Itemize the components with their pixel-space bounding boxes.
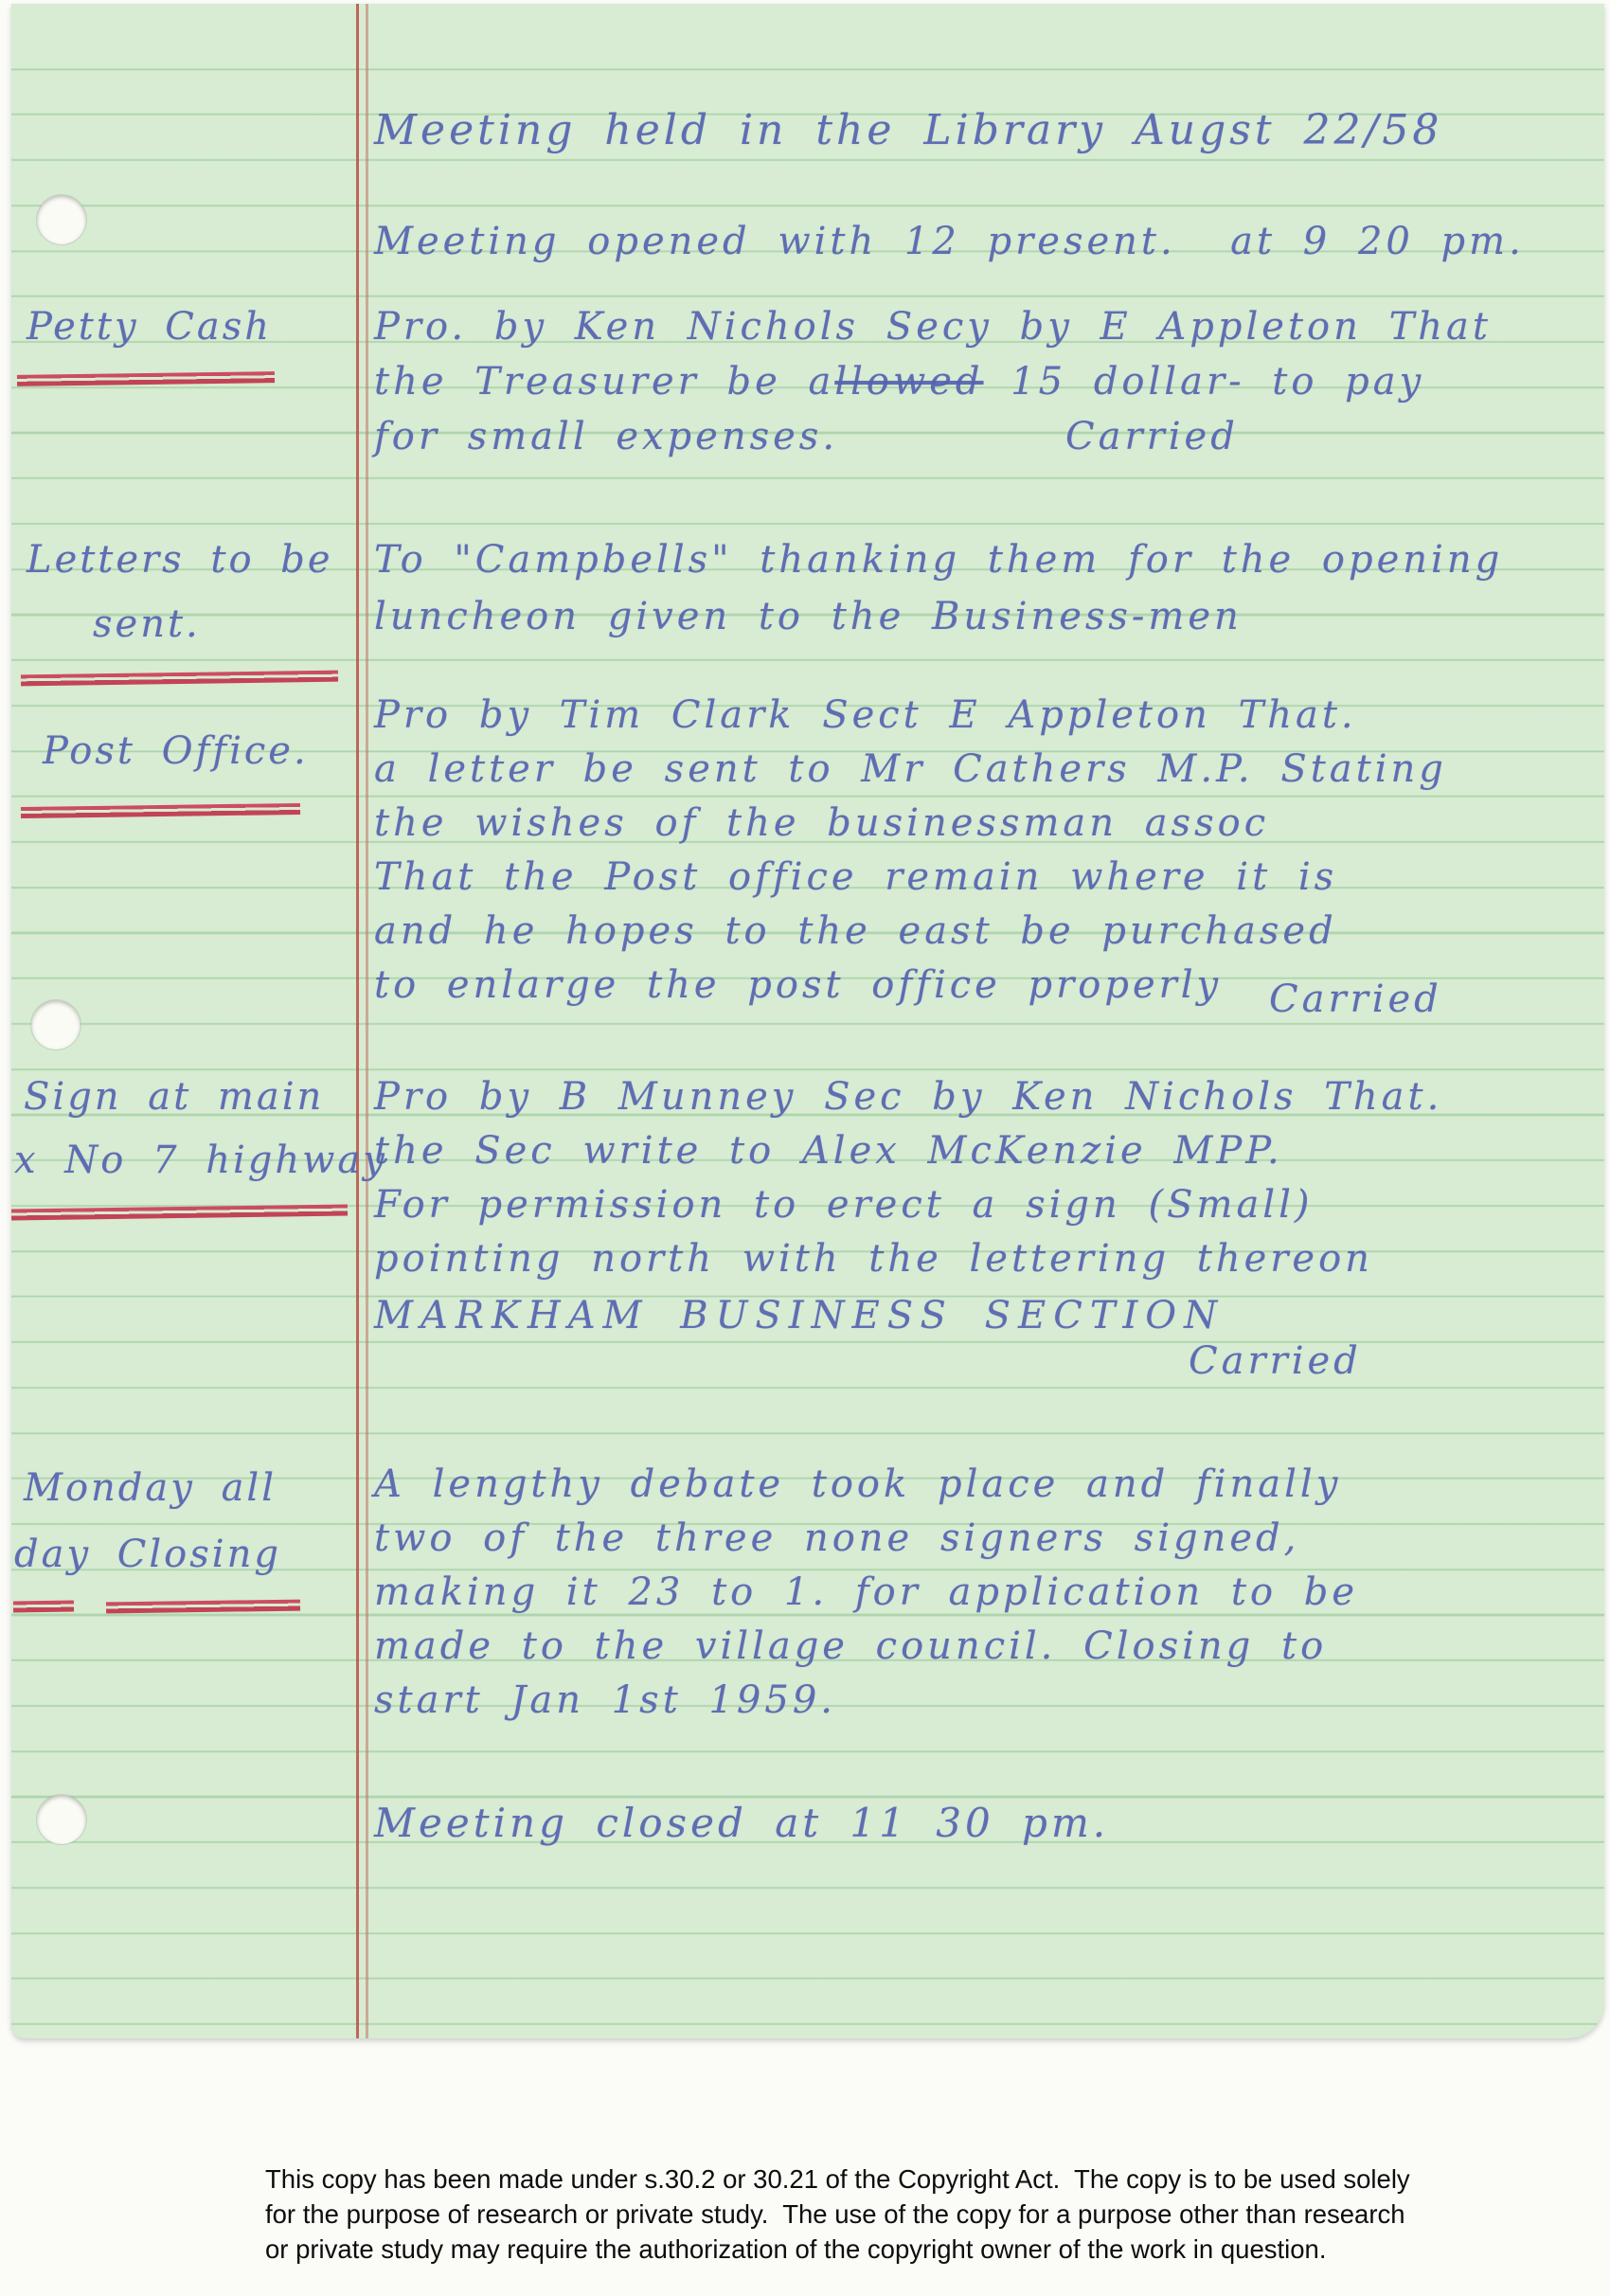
section-label-letters-2: sent.: [93, 602, 201, 646]
letters-body-line: To "Campbells" thanking them for the ope…: [374, 538, 1503, 582]
section-label-letters: Letters to be: [27, 538, 333, 582]
section-label-post-office: Post Office.: [43, 729, 309, 773]
monday-body-line: A lengthy debate took place and finally: [374, 1462, 1341, 1506]
petty-cash-strike-line: the Treasurer be allowed 15 dollar- to p…: [374, 360, 1424, 404]
strike-line-pre: the Treasurer be a: [374, 360, 834, 404]
monday-body-line: making it 23 to 1. for application to be: [374, 1570, 1358, 1614]
post-office-body-line: and he hopes to the east be purchased: [374, 909, 1337, 953]
strike-line-post: 15 dollar- to pay: [984, 360, 1425, 404]
red-underline-monday-a: [13, 1601, 74, 1613]
petty-cash-body-line: Pro. by Ken Nichols Secy by E Appleton T…: [374, 305, 1492, 349]
carried-note: Carried: [1065, 415, 1239, 458]
red-margin-line: [356, 4, 369, 2038]
minutes-opening-line: Meeting opened with 12 present. at 9 20 …: [374, 220, 1525, 263]
sign-lettering-line: MARKHAM BUSINESS SECTION: [374, 1294, 1225, 1337]
punch-hole-top: [37, 195, 86, 244]
section-label-petty-cash: Petty Cash: [27, 305, 272, 349]
section-label-monday-2: day Closing: [14, 1533, 281, 1576]
scanned-minutes-page: Meeting held in the Library Augst 22/58 …: [0, 0, 1610, 2296]
monday-body-line: made to the village council. Closing to: [374, 1624, 1327, 1668]
letters-body-line: luncheon given to the Business-men: [374, 595, 1243, 638]
minutes-closing-line: Meeting closed at 11 30 pm.: [374, 1800, 1109, 1846]
copyright-notice-line-2: for the purpose of research or private s…: [265, 2197, 1430, 2232]
carried-note: Carried: [1189, 1339, 1362, 1383]
copyright-notice-line-1: This copy has been made under s.30.2 or …: [265, 2161, 1430, 2197]
post-office-body-line: the wishes of the businessman assoc: [374, 801, 1269, 845]
post-office-body-line: That the Post office remain where it is: [374, 855, 1337, 899]
carried-note: Carried: [1269, 978, 1442, 1021]
sign-body-line: pointing north with the lettering thereo…: [374, 1237, 1373, 1281]
minutes-title-line: Meeting held in the Library Augst 22/58: [374, 106, 1442, 154]
punch-hole-middle: [31, 1000, 80, 1049]
post-office-body-line: Pro by Tim Clark Sect E Appleton That.: [374, 693, 1357, 737]
monday-body-line: two of the three none signers signed,: [374, 1516, 1299, 1560]
monday-body-line: start Jan 1st 1959.: [374, 1678, 836, 1722]
post-office-body-line: a letter be sent to Mr Cathers M.P. Stat…: [374, 747, 1447, 791]
punch-hole-bottom: [37, 1795, 86, 1844]
copyright-notice-line-3: or private study may require the authori…: [265, 2232, 1430, 2267]
section-label-sign-2: x No 7 highway: [14, 1139, 387, 1182]
section-label-monday: Monday all: [24, 1466, 277, 1510]
petty-cash-body-line: for small expenses.Carried: [374, 415, 1239, 458]
section-label-sign: Sign at main: [24, 1075, 324, 1119]
petty-cash-last-line: for small expenses.: [374, 415, 838, 458]
post-office-body-line: to enlarge the post office properly: [374, 963, 1222, 1007]
struck-out-word: llowed: [834, 360, 983, 404]
sign-body-line: For permission to erect a sign (Small): [374, 1183, 1313, 1227]
sign-body-line: the Sec write to Alex McKenzie MPP.: [374, 1129, 1283, 1173]
sign-body-line: Pro by B Munney Sec by Ken Nichols That.: [374, 1075, 1442, 1119]
